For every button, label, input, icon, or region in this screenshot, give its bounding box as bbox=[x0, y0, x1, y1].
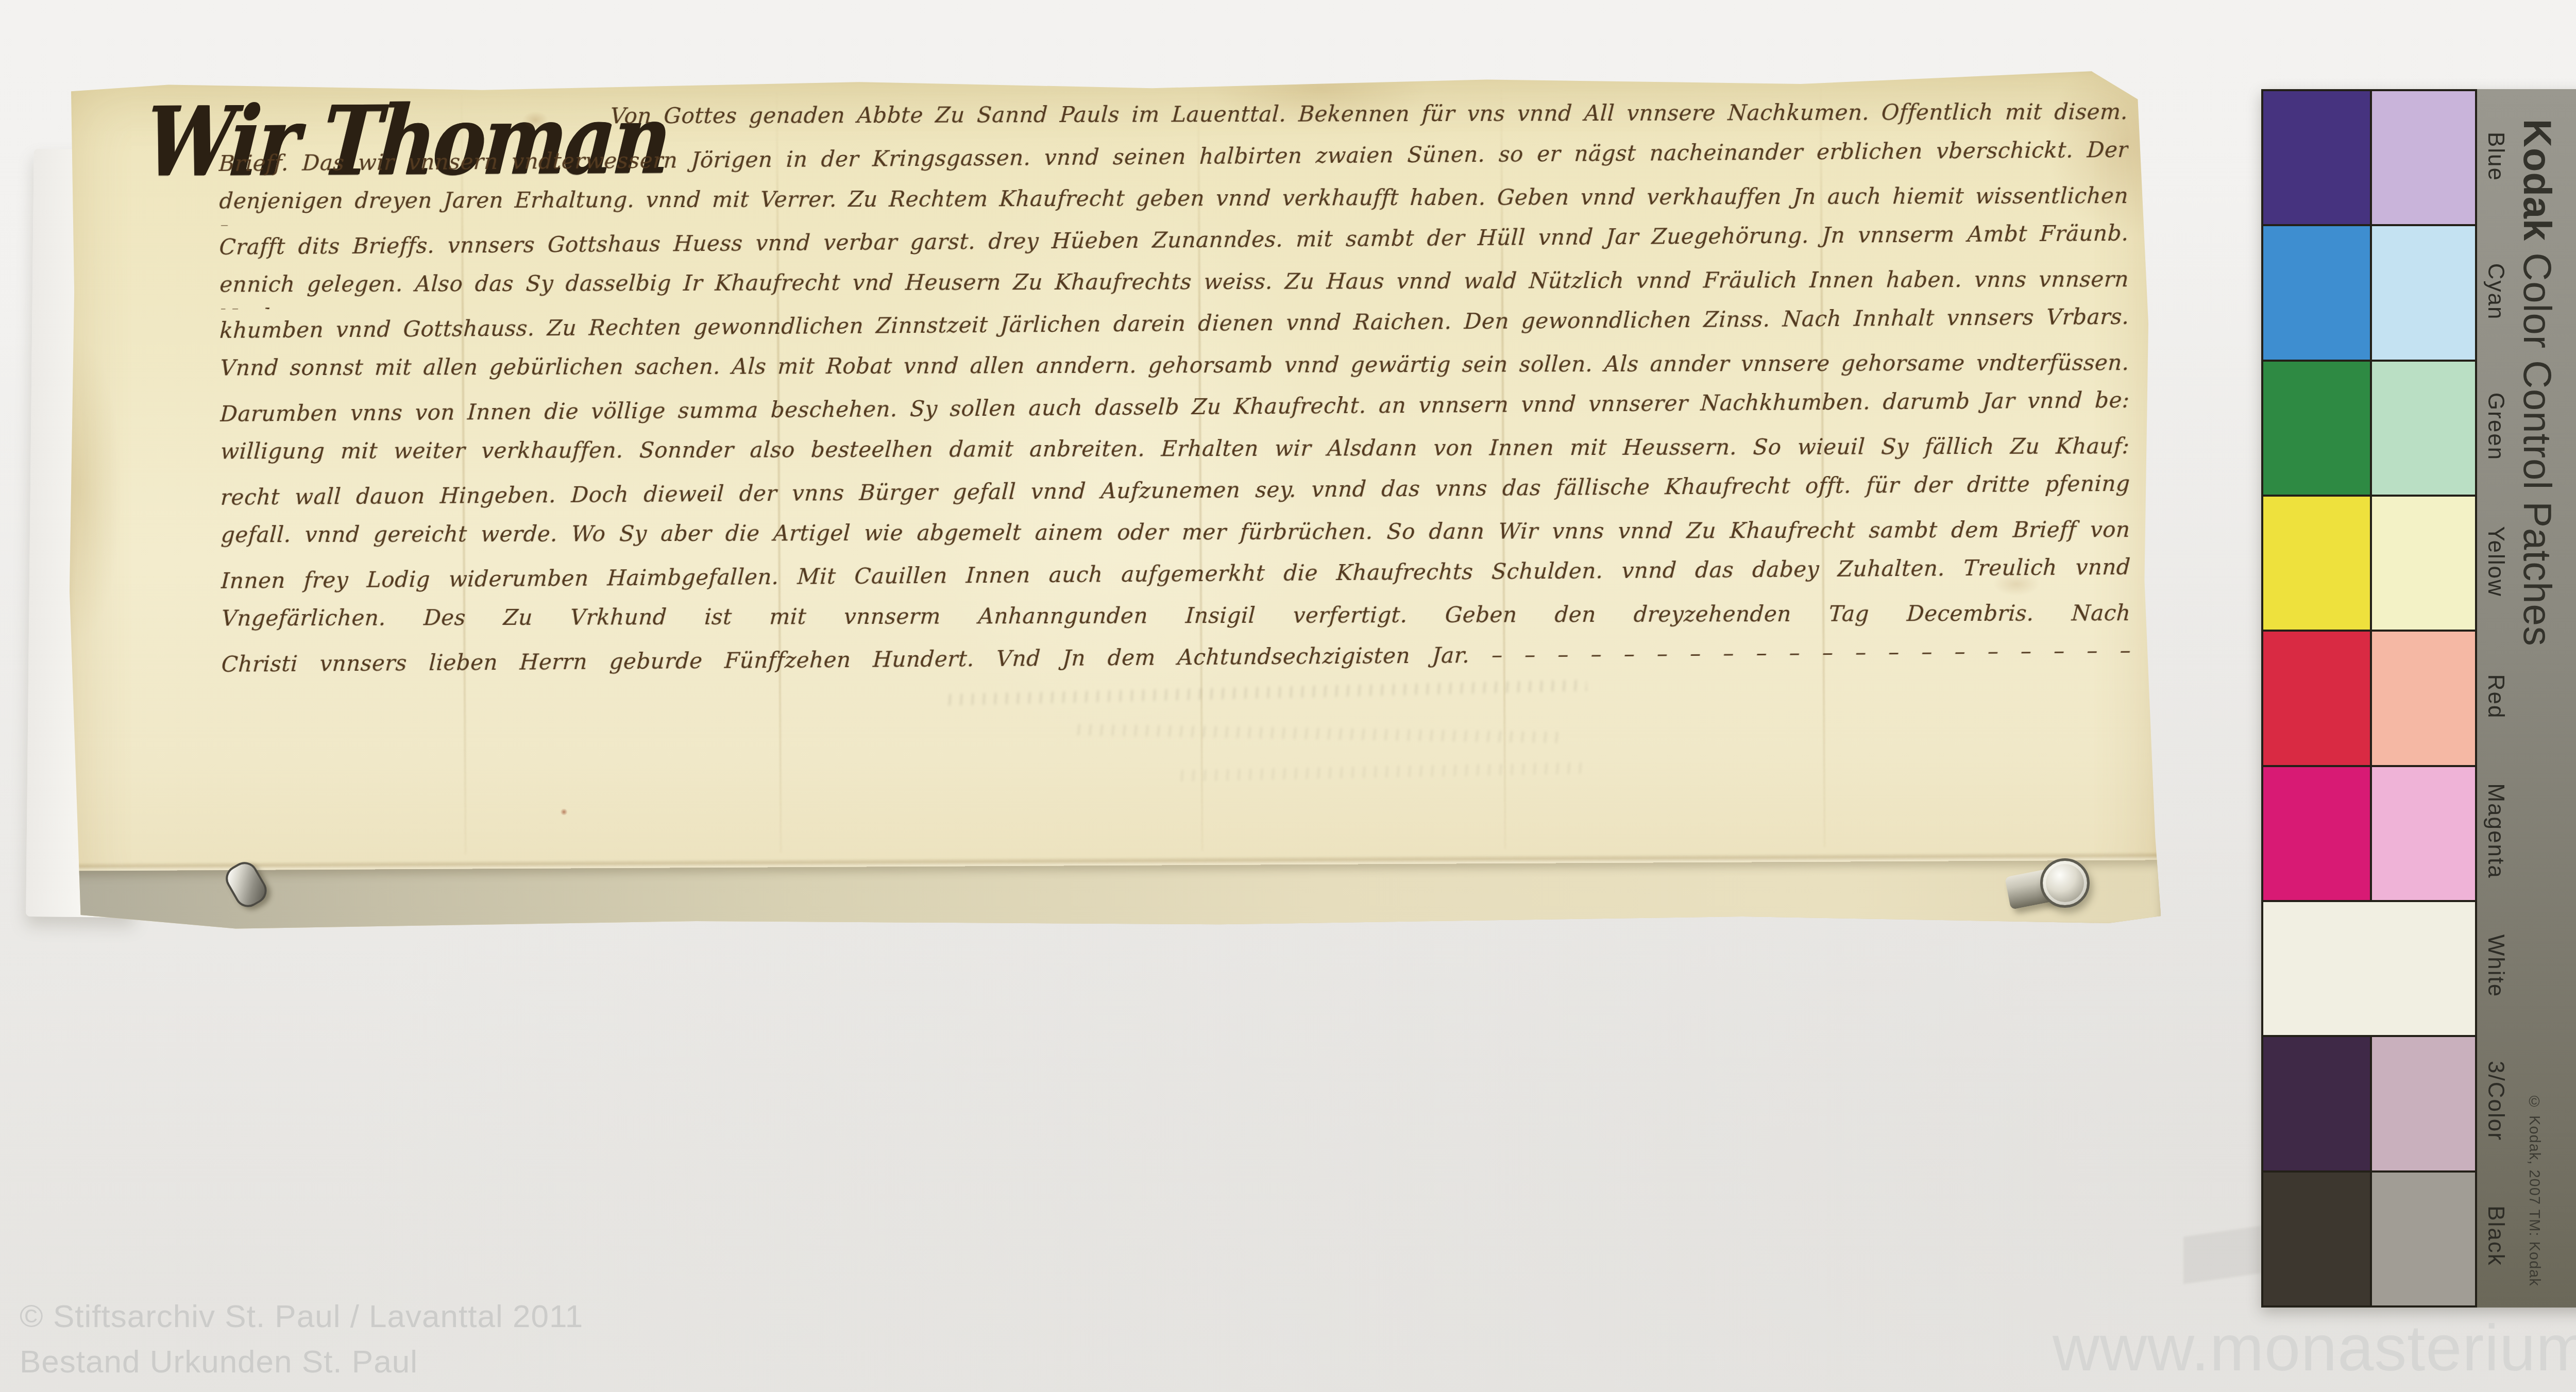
fox-spot bbox=[1993, 572, 2040, 596]
color-patch-yellow-solid bbox=[2263, 497, 2372, 630]
strip-label-band: Kodak Color Control Patches © Kodak, 200… bbox=[2477, 89, 2576, 1308]
color-patch-red-tint bbox=[2372, 632, 2475, 765]
strip-title-text: Color Control Patches bbox=[2515, 241, 2559, 647]
patch-label: Green bbox=[2484, 393, 2507, 461]
offset-ink-traces bbox=[1072, 724, 1561, 743]
color-patch-magenta-solid bbox=[2263, 767, 2372, 900]
archival-photograph: Wir Thoman Christi vnnsers lieben Herrn … bbox=[0, 0, 2576, 1392]
archive-credit: © Stiftsarchiv St. Paul / Lavanttal 2011… bbox=[20, 1294, 583, 1385]
monasterium-watermark: www.monasterium.net bbox=[2053, 1313, 2576, 1384]
credit-line-2: Bestand Urkunden St. Paul bbox=[20, 1339, 583, 1385]
patch-row-green bbox=[2263, 362, 2475, 497]
color-patch-green-solid bbox=[2263, 362, 2372, 495]
color-patch-3/color-tint bbox=[2372, 1037, 2475, 1170]
fox-spot bbox=[522, 111, 548, 129]
patch-row-blue bbox=[2263, 91, 2475, 226]
patch-label: Yellow bbox=[2484, 526, 2507, 597]
offset-ink-traces bbox=[943, 680, 1587, 705]
patch-row-magenta bbox=[2263, 767, 2475, 902]
patch-label: White bbox=[2484, 935, 2507, 997]
color-patches bbox=[2261, 89, 2477, 1308]
offset-ink-traces bbox=[1175, 762, 1587, 782]
patch-label: Red bbox=[2484, 674, 2507, 719]
plica-fold bbox=[68, 860, 2161, 933]
strip-copyright: © Kodak, 2007 TM: Kodak bbox=[2527, 1094, 2541, 1286]
color-patch-yellow-tint bbox=[2372, 497, 2475, 630]
patch-row-3-color bbox=[2263, 1037, 2475, 1172]
patch-label: 3/Color bbox=[2484, 1061, 2507, 1141]
metal-pin-right bbox=[2007, 857, 2110, 919]
color-patch-cyan-tint bbox=[2372, 226, 2475, 359]
patch-row-red bbox=[2263, 632, 2475, 767]
patch-row-white bbox=[2263, 902, 2475, 1037]
color-patch-magenta-tint bbox=[2372, 767, 2475, 900]
credit-line-1: © Stiftsarchiv St. Paul / Lavanttal 2011 bbox=[20, 1294, 583, 1339]
patch-row-cyan bbox=[2263, 226, 2475, 361]
color-patch-black-solid bbox=[2263, 1173, 2372, 1305]
color-patch-3/color-solid bbox=[2263, 1037, 2372, 1170]
patch-label: Magenta bbox=[2484, 784, 2507, 879]
color-patch-blue-solid bbox=[2263, 91, 2372, 224]
color-patch-cyan-solid bbox=[2263, 226, 2372, 359]
watermark-shape bbox=[2183, 1226, 2261, 1284]
ink-spot bbox=[560, 809, 568, 816]
patch-label: Cyan bbox=[2484, 263, 2507, 320]
strip-title: Kodak Color Control Patches bbox=[2517, 119, 2556, 647]
color-patch-green-tint bbox=[2372, 362, 2475, 495]
kodak-brand: Kodak bbox=[2515, 119, 2559, 241]
patch-row-yellow bbox=[2263, 497, 2475, 632]
kodak-color-control-strip: Kodak Color Control Patches © Kodak, 200… bbox=[2261, 89, 2576, 1308]
patch-label: Black bbox=[2484, 1206, 2507, 1266]
color-patch-black-tint bbox=[2372, 1173, 2475, 1305]
charter-text-block bbox=[64, 66, 2157, 77]
pin-cap bbox=[2040, 858, 2090, 908]
color-patch-blue-tint bbox=[2372, 91, 2475, 224]
charter-parchment: Wir Thoman Christi vnnsers lieben Herrn … bbox=[64, 66, 2161, 933]
manuscript-line: Von Gottes genaden Abbte Zu Sannd Pauls … bbox=[609, 95, 2129, 141]
patch-label: Blue bbox=[2484, 132, 2507, 181]
patch-row-black bbox=[2263, 1173, 2475, 1305]
color-patch-white bbox=[2263, 902, 2475, 1035]
color-patch-red-solid bbox=[2263, 632, 2372, 765]
